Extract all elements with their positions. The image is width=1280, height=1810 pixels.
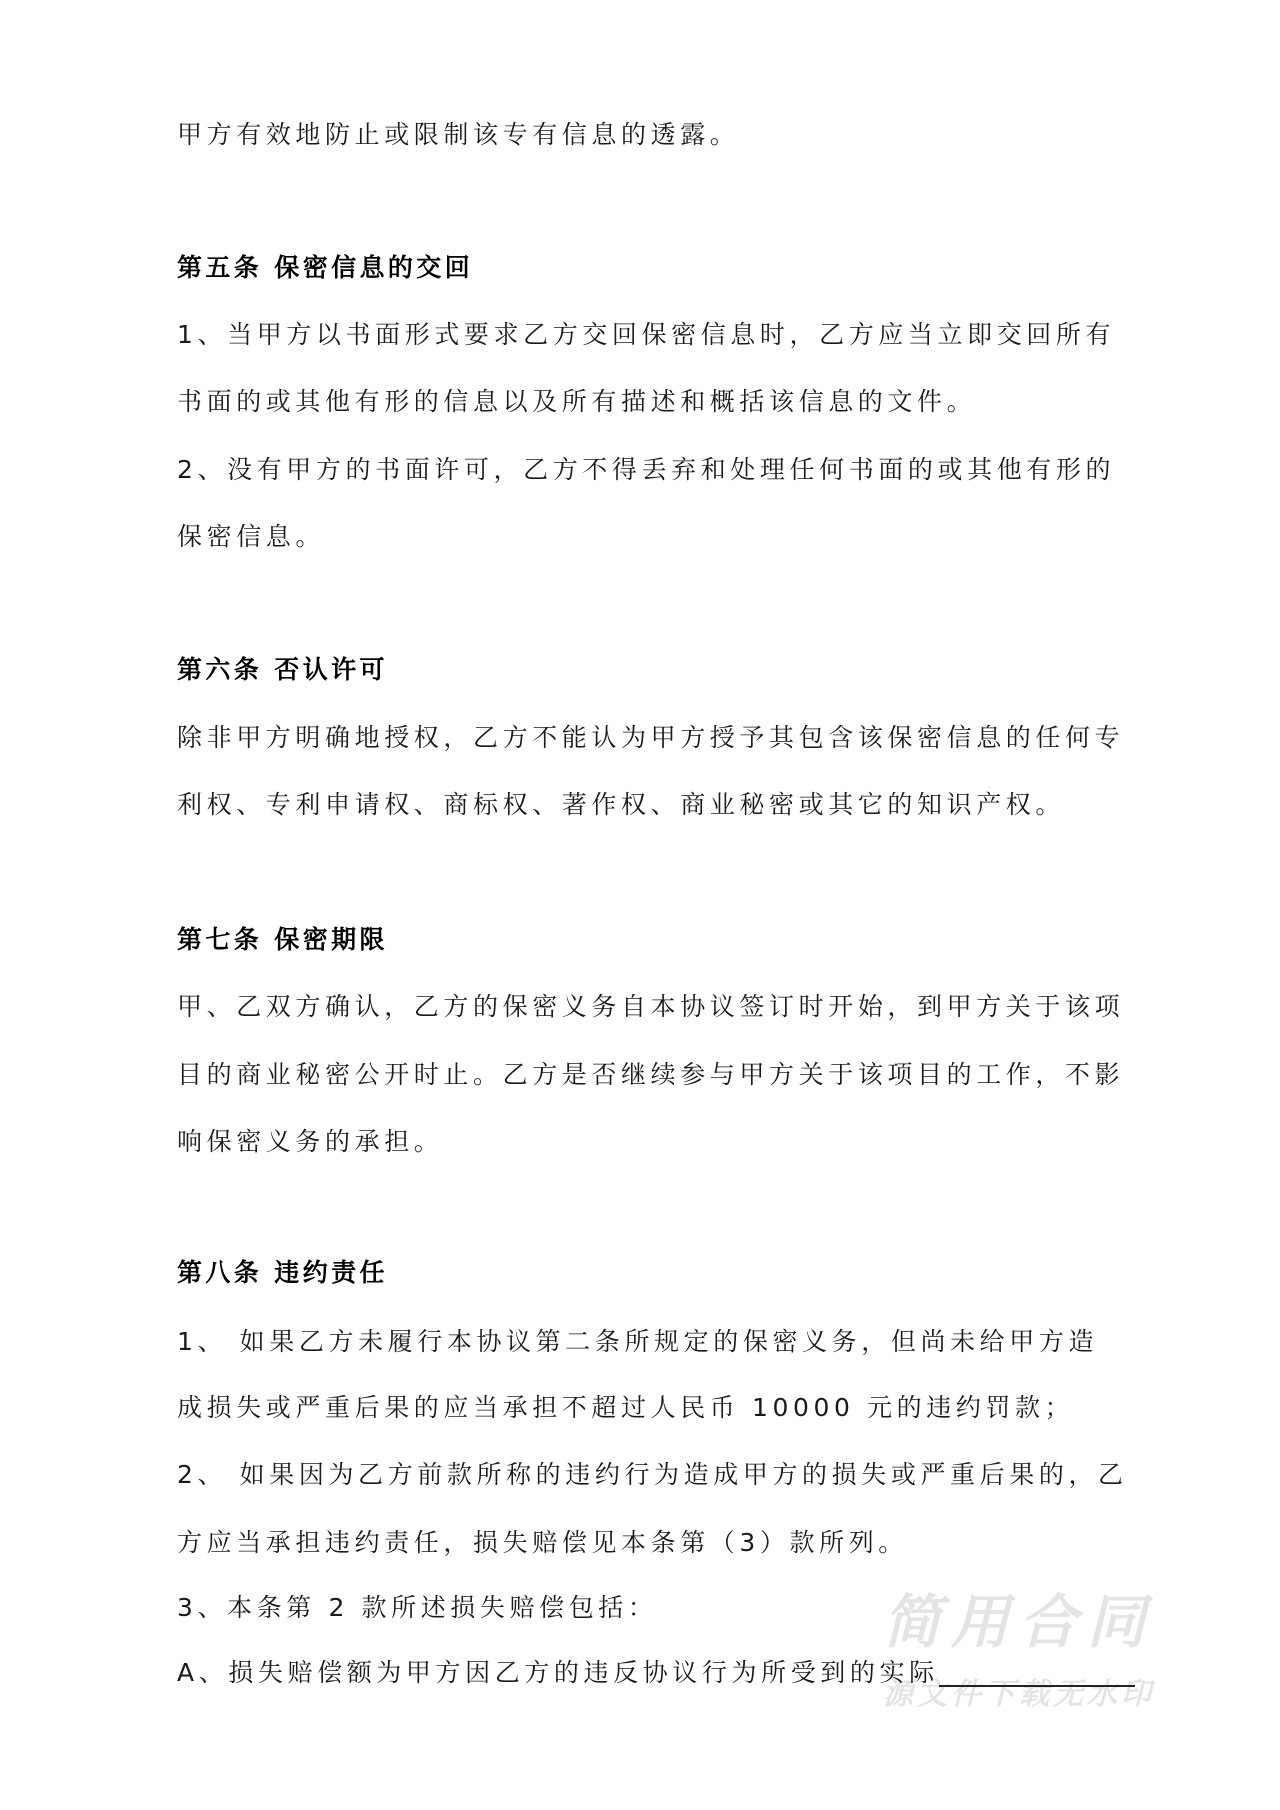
body-text: 方应当承担违约责任，损失赔偿见本条第（3）款所列。 xyxy=(177,1526,908,1560)
section-heading-6: 第六条 否认许可 xyxy=(177,653,388,687)
body-text: 2、 如果因为乙方前款所称的违约行为造成甲方的损失或严重后果的，乙 xyxy=(177,1458,1128,1492)
body-text: A、损失赔偿额为甲方因乙方的违反协议行为所受到的实际 xyxy=(177,1658,939,1687)
body-text: 利权、专利申请权、商标权、著作权、商业秘密或其它的知识产权。 xyxy=(177,788,1065,822)
body-text: 目的商业秘密公开时止。乙方是否继续参与甲方关于该项目的工作，不影 xyxy=(177,1058,1124,1092)
watermark-title: 简用合同 xyxy=(883,1590,1155,1654)
section-heading-8: 第八条 违约责任 xyxy=(177,1256,388,1290)
body-text: 除非甲方明确地授权，乙方不能认为甲方授予其包含该保密信息的任何专 xyxy=(177,721,1124,755)
fill-in-blank[interactable] xyxy=(939,1684,1135,1687)
body-text: 响保密义务的承担。 xyxy=(177,1125,443,1159)
body-text: 保密信息。 xyxy=(177,520,325,554)
body-text: 甲、乙双方确认，乙方的保密义务自本协议签订时开始，到甲方关于该项 xyxy=(177,990,1124,1024)
body-text: 书面的或其他有形的信息以及所有描述和概括该信息的文件。 xyxy=(177,385,976,419)
document-page: 甲方有效地防止或限制该专有信息的透露。 第五条 保密信息的交回 1、当甲方以书面… xyxy=(0,0,1280,1810)
section-heading-7: 第七条 保密期限 xyxy=(177,923,388,957)
body-text: 1、 如果乙方未履行本协议第二条所规定的保密义务，但尚未给甲方造 xyxy=(177,1325,1098,1359)
body-text: 1、当甲方以书面形式要求乙方交回保密信息时，乙方应当立即交回所有 xyxy=(177,318,1115,352)
body-text: 2、没有甲方的书面许可，乙方不得丢弃和处理任何书面的或其他有形的 xyxy=(177,453,1115,487)
body-text: 3、本条第 2 款所述损失赔偿包括： xyxy=(177,1591,658,1625)
body-text: 成损失或严重后果的应当承担不超过人民币 10000 元的违约罚款； xyxy=(177,1391,1074,1425)
section-heading-5: 第五条 保密信息的交回 xyxy=(177,251,473,285)
body-text-with-blank: A、损失赔偿额为甲方因乙方的违反协议行为所受到的实际 xyxy=(177,1656,1135,1690)
body-text: 甲方有效地防止或限制该专有信息的透露。 xyxy=(177,118,739,152)
